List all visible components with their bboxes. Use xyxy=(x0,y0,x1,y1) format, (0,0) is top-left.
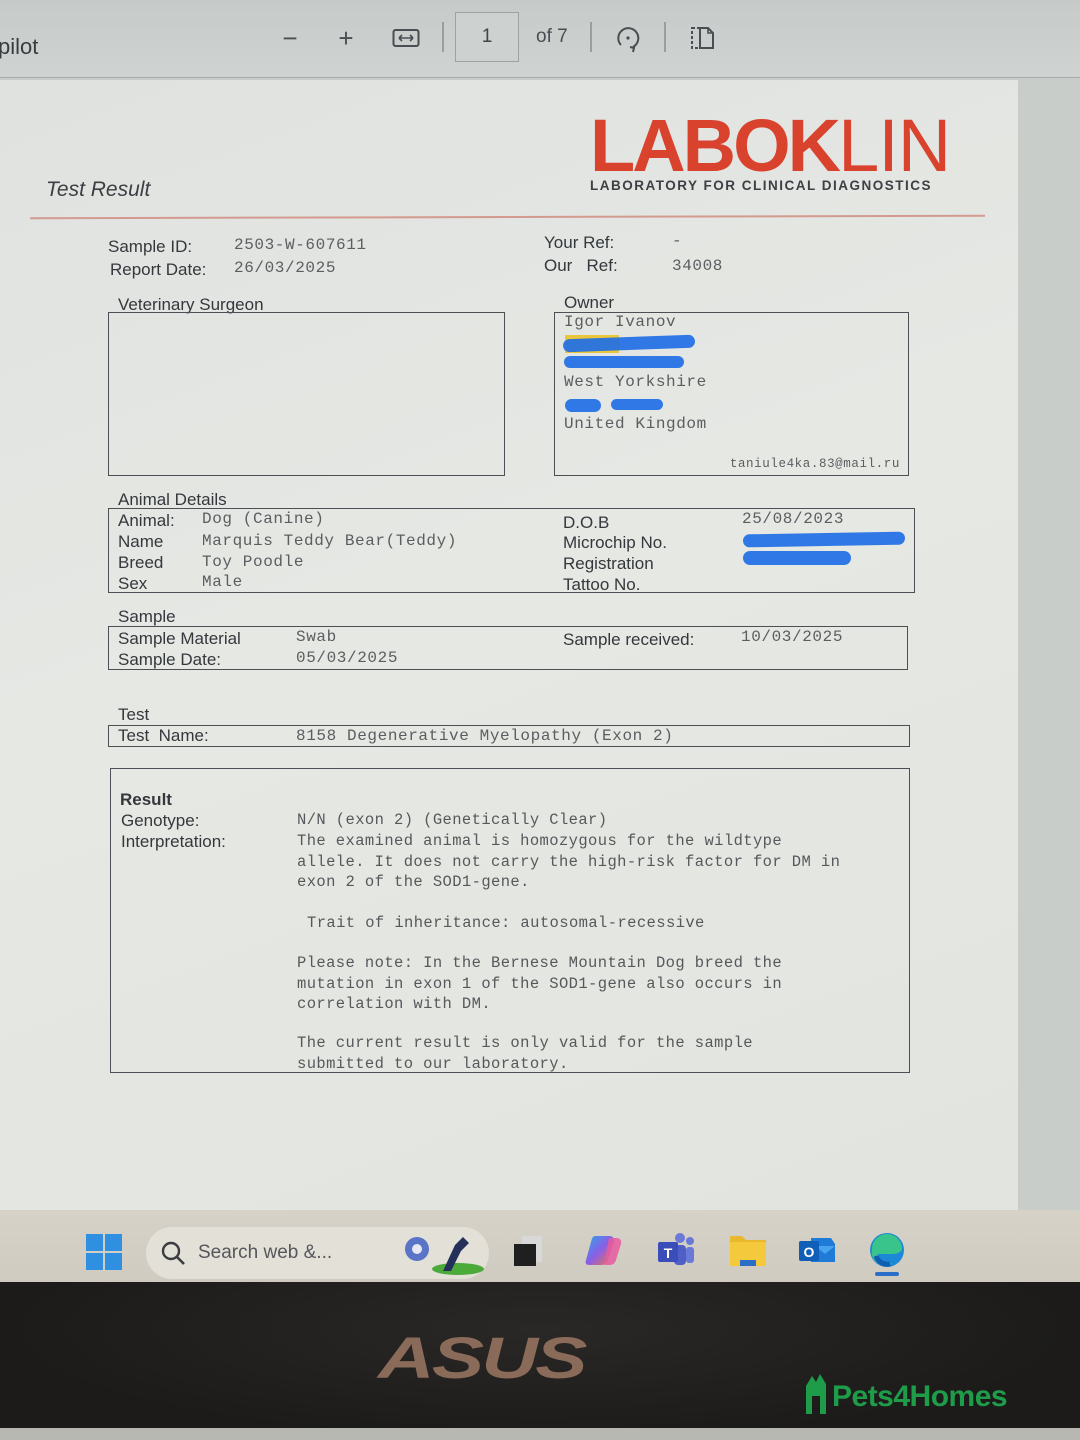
folder-icon xyxy=(728,1232,768,1268)
zoom-in-button[interactable]: + xyxy=(332,22,360,54)
your-ref-label: Your Ref: xyxy=(544,233,614,253)
breed-note-text: Please note: In the Bernese Mountain Dog… xyxy=(297,953,782,1015)
copilot-icon xyxy=(585,1232,625,1268)
taskbar: Search web &... T xyxy=(0,1210,1080,1282)
logo-main-thin: LIN xyxy=(838,104,950,187)
pdf-page: Test Result LABOKLIN LABORATORY FOR CLIN… xyxy=(0,80,1018,1210)
sample-section-title: Sample xyxy=(118,607,176,627)
laptop-brand-logo: ASUS xyxy=(378,1325,585,1392)
edge-button[interactable] xyxy=(866,1232,908,1268)
sample-date-label: Sample Date: xyxy=(118,650,221,670)
app-title: pilot xyxy=(0,34,38,60)
owner-country: United Kingdom xyxy=(564,415,707,433)
redaction-scribble xyxy=(611,399,663,410)
our-ref-value: 34008 xyxy=(672,257,723,275)
vet-box xyxy=(108,312,505,476)
page-total-label: of 7 xyxy=(536,26,568,48)
outlook-button[interactable]: O xyxy=(797,1232,837,1268)
svg-text:T: T xyxy=(664,1245,673,1261)
pets4homes-logo-icon xyxy=(802,1372,832,1414)
owner-county: West Yorkshire xyxy=(564,373,707,391)
report-date-value: 26/03/2025 xyxy=(234,259,336,277)
name-label: Name xyxy=(118,532,163,552)
fit-width-icon xyxy=(392,27,420,49)
animal-section-title: Animal Details xyxy=(118,490,227,510)
page-view-button[interactable] xyxy=(686,22,718,54)
animal-label: Animal: xyxy=(118,511,175,531)
fit-width-button[interactable] xyxy=(391,22,421,54)
validity-text: The current result is only valid for the… xyxy=(297,1033,753,1074)
sex-label: Sex xyxy=(118,574,147,594)
test-name-label: Test Name: xyxy=(118,726,209,746)
windows-start-icon xyxy=(86,1234,122,1270)
dob-value: 25/08/2023 xyxy=(742,510,844,528)
toolbar-divider xyxy=(442,22,444,52)
genotype-label: Genotype: xyxy=(121,811,199,831)
registration-label: Registration xyxy=(563,554,654,574)
redaction-scribble xyxy=(564,356,684,368)
interpretation-label: Interpretation: xyxy=(121,832,226,852)
search-placeholder: Search web &... xyxy=(198,1242,332,1264)
svg-text:O: O xyxy=(804,1244,815,1260)
animal-value: Dog (Canine) xyxy=(202,510,324,528)
owner-box: Igor Ivanov West Yorkshire United Kingdo… xyxy=(554,312,909,476)
genotype-value: N/N (exon 2) (Genetically Clear) xyxy=(297,810,607,831)
sample-id-value: 2503-W-607611 xyxy=(234,236,367,254)
rotate-icon xyxy=(613,23,643,53)
sample-received-label: Sample received: xyxy=(563,630,694,650)
start-button[interactable] xyxy=(86,1234,122,1270)
toolbar-divider xyxy=(664,22,666,52)
redaction-scribble xyxy=(743,551,851,565)
toolbar-divider xyxy=(590,22,592,52)
logo-main-bold: LABOK xyxy=(590,104,838,187)
breed-label: Breed xyxy=(118,553,163,573)
tattoo-label: Tattoo No. xyxy=(563,575,641,595)
result-section-title: Result xyxy=(120,790,172,810)
laptop-hinge xyxy=(0,1428,1080,1440)
task-view-button[interactable] xyxy=(510,1232,546,1268)
pdf-toolbar: pilot − + of 7 xyxy=(0,0,1080,78)
teams-icon: T xyxy=(656,1232,696,1268)
owner-name: Igor Ivanov xyxy=(564,313,676,331)
zoom-out-button[interactable]: − xyxy=(276,22,304,54)
sample-received-value: 10/03/2025 xyxy=(741,628,843,646)
teams-button[interactable]: T xyxy=(656,1232,692,1268)
taskbar-search[interactable]: Search web &... xyxy=(146,1227,489,1279)
sample-box: Sample Material Swab Sample Date: 05/03/… xyxy=(108,626,908,670)
edge-icon xyxy=(866,1232,908,1278)
sample-id-label: Sample ID: xyxy=(108,237,192,257)
test-section-title: Test xyxy=(118,705,149,725)
redaction-scribble xyxy=(565,399,601,412)
file-explorer-button[interactable] xyxy=(728,1232,768,1268)
sex-value: Male xyxy=(202,573,243,591)
redaction-scribble xyxy=(743,532,905,548)
owner-email: taniule4ka.83@mail.ru xyxy=(730,457,900,471)
name-value: Marquis Teddy Bear(Teddy) xyxy=(202,532,457,550)
breed-value: Toy Poodle xyxy=(202,553,304,571)
copilot-button[interactable] xyxy=(585,1232,621,1268)
laboklin-logo: LABOKLIN LABORATORY FOR CLINICAL DIAGNOS… xyxy=(590,110,960,193)
dob-label: D.O.B xyxy=(563,513,609,533)
logo-subtitle: LABORATORY FOR CLINICAL DIAGNOSTICS xyxy=(590,178,960,193)
inheritance-text: Trait of inheritance: autosomal-recessiv… xyxy=(307,913,705,934)
sample-material-label: Sample Material xyxy=(118,629,241,649)
watermark-text: Pets4Homes xyxy=(832,1380,1007,1414)
our-ref-label: Our Ref: xyxy=(544,256,618,276)
interpretation-text: The examined animal is homozygous for th… xyxy=(297,831,840,893)
outlook-icon: O xyxy=(797,1232,837,1268)
sample-material-value: Swab xyxy=(296,628,337,646)
document-title: Test Result xyxy=(46,178,150,202)
your-ref-value: - xyxy=(672,232,682,250)
header-divider xyxy=(30,215,985,220)
pets4homes-watermark: Pets4Homes xyxy=(802,1372,1007,1414)
search-icon xyxy=(160,1240,186,1266)
task-view-icon xyxy=(510,1232,546,1268)
rotate-button[interactable] xyxy=(612,22,644,54)
report-date-label: Report Date: xyxy=(110,260,206,280)
test-box: Test Name: 8158 Degenerative Myelopathy … xyxy=(108,725,910,747)
test-name-value: 8158 Degenerative Myelopathy (Exon 2) xyxy=(296,727,673,745)
sample-date-value: 05/03/2025 xyxy=(296,649,398,667)
owner-section-title: Owner xyxy=(564,293,614,313)
page-number-input[interactable] xyxy=(455,12,519,62)
microchip-label: Microchip No. xyxy=(563,533,667,553)
page-view-icon xyxy=(687,25,717,51)
animal-box: Animal: Dog (Canine) Name Marquis Teddy … xyxy=(108,508,915,593)
soccer-widget-icon[interactable] xyxy=(403,1233,485,1275)
